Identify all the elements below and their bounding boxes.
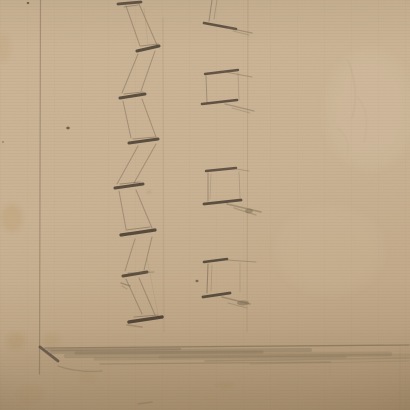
- antique-drawing-photo: [0, 0, 410, 410]
- pencil-sketch-canvas: [0, 0, 410, 410]
- film-grain-overlay: [0, 0, 410, 410]
